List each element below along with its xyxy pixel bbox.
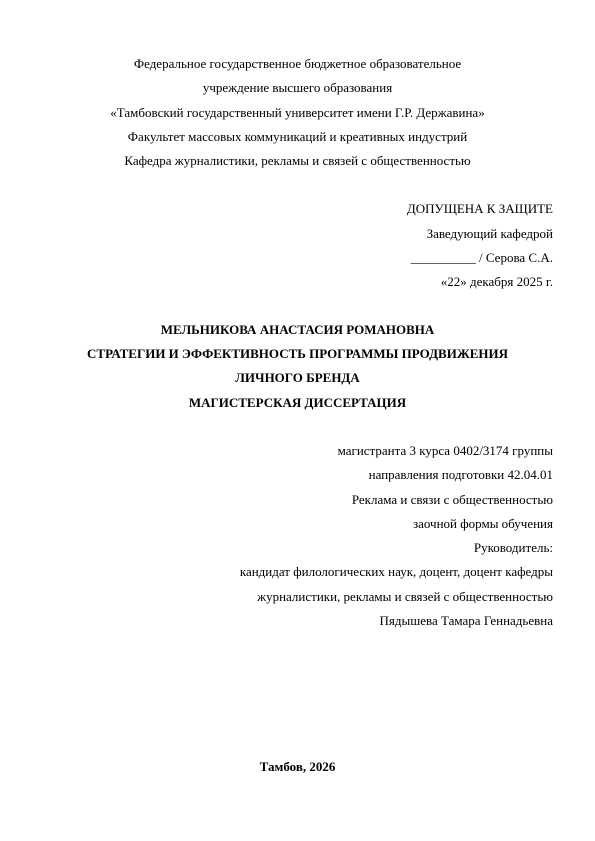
place-year: Тамбов, 2026	[0, 759, 595, 775]
header-line-university: «Тамбовский государственный университет …	[0, 105, 595, 121]
header-line-federal: Федеральное государственное бюджетное об…	[0, 56, 595, 72]
approval-signature: __________ / Серова С.А.	[411, 250, 553, 266]
thesis-title-line-2: ЛИЧНОГО БРЕНДА	[0, 370, 595, 386]
header-line-department: Кафедра журналистики, рекламы и связей с…	[0, 153, 595, 169]
student-direction: направления подготовки 42.04.01	[369, 467, 553, 483]
approval-status: ДОПУЩЕНА К ЗАЩИТЕ	[407, 201, 553, 217]
student-study-form: заочной формы обучения	[413, 516, 553, 532]
supervisor-degree: кандидат филологических наук, доцент, до…	[240, 564, 553, 580]
approval-position: Заведующий кафедрой	[427, 226, 553, 242]
header-line-faculty: Факультет массовых коммуникаций и креати…	[0, 129, 595, 145]
supervisor-name: Пядышева Тамара Геннадьевна	[380, 613, 553, 629]
author-name: МЕЛЬНИКОВА АНАСТАСИЯ РОМАНОВНА	[0, 322, 595, 338]
approval-date: «22» декабря 2025 г.	[441, 274, 553, 290]
supervisor-department: журналистики, рекламы и связей с обществ…	[257, 589, 553, 605]
header-line-institution-type: учреждение высшего образования	[0, 80, 595, 96]
supervisor-label: Руководитель:	[474, 540, 553, 556]
work-type: МАГИСТЕРСКАЯ ДИССЕРТАЦИЯ	[0, 395, 595, 411]
student-course-group: магистранта 3 курса 0402/3174 группы	[338, 443, 553, 459]
thesis-title-line-1: СТРАТЕГИИ И ЭФФЕКТИВНОСТЬ ПРОГРАММЫ ПРОД…	[0, 346, 595, 362]
student-specialty: Реклама и связи с общественностью	[352, 492, 553, 508]
